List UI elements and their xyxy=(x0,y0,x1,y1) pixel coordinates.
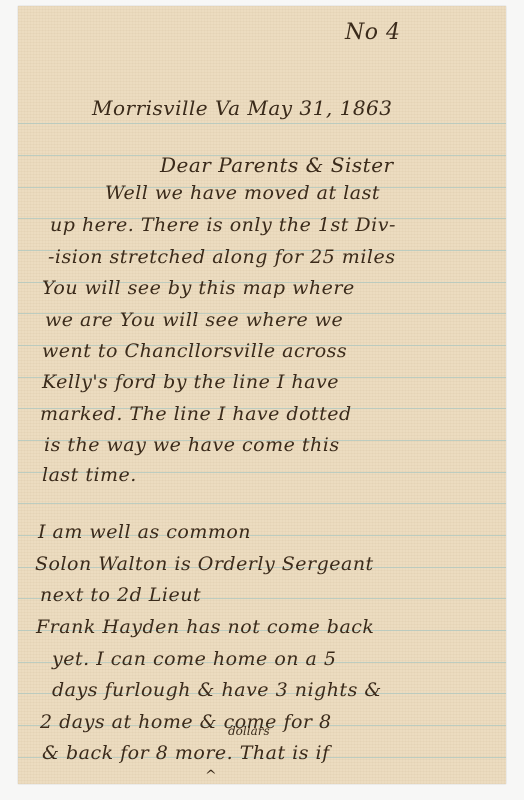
letter-line: -ision stretched along for 25 miles xyxy=(48,246,395,268)
letter-line: last time. xyxy=(42,464,137,486)
letter-line: Solon Walton is Orderly Sergeant xyxy=(35,553,374,575)
salutation: Dear Parents & Sister xyxy=(160,153,394,177)
letter-line: next to 2d Lieut xyxy=(40,584,201,606)
letter-line: yet. I can come home on a 5 xyxy=(52,648,337,670)
ruled-line xyxy=(18,503,506,504)
letter-line: is the way we have come this xyxy=(44,434,340,456)
letter-line: I am well as common xyxy=(38,521,251,543)
letter-line: days furlough & have 3 nights & xyxy=(52,679,382,701)
inserted-word: dollars xyxy=(228,724,270,738)
letter-line: Frank Hayden has not come back xyxy=(36,616,374,638)
letter-line: & back for 8 more. That is if xyxy=(42,742,330,764)
place-date: Morrisville Va May 31, 1863 xyxy=(92,96,393,120)
page-number: No 4 xyxy=(345,20,401,45)
ruled-line xyxy=(18,123,506,124)
letter-line: You will see by this map where xyxy=(42,277,355,299)
letter-line: 2 days at home & come for 8 xyxy=(40,711,332,733)
letter-line: Well we have moved at last xyxy=(105,182,380,204)
insertion-caret: ^ xyxy=(205,768,217,784)
letter-line: we are You will see where we xyxy=(45,309,343,331)
letter-line: up here. There is only the 1st Div- xyxy=(50,214,396,236)
letter-line: went to Chancllorsville across xyxy=(42,340,347,362)
letter-line: marked. The line I have dotted xyxy=(40,403,352,425)
letter-line: Kelly's ford by the line I have xyxy=(42,371,339,393)
